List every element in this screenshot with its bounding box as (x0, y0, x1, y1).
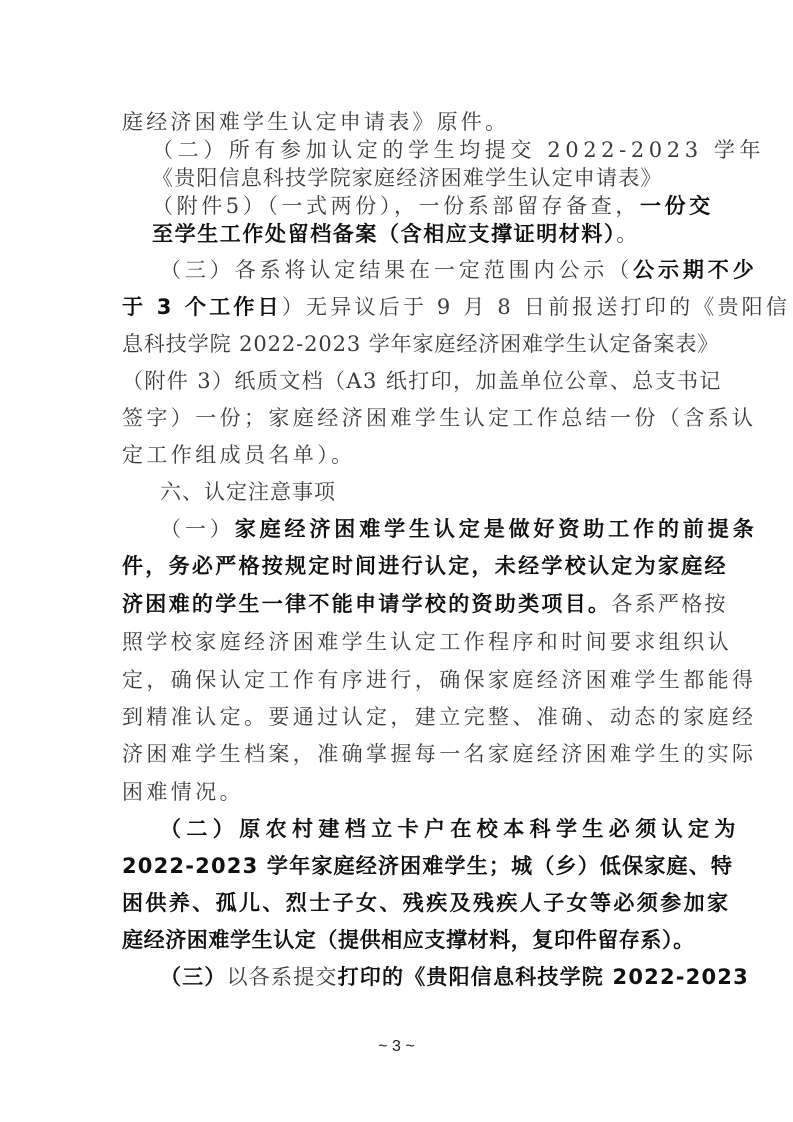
text-segment: （一） (160, 517, 235, 541)
paragraph-line: 困供养、孤儿、烈士子女、残疾及残疾人子女等必须参加家 (122, 889, 730, 917)
text-segment: 签字）一份；家庭经济困难学生认定工作总结一份（含系认 (122, 406, 756, 430)
paragraph-line: 息科技学院 2022-2023 学年家庭经济困难学生认定备案表》 (122, 330, 719, 358)
paragraph-line: 件，务必严格按规定时间进行认定，未经学校认定为家庭经 (122, 552, 728, 580)
text-segment: （附件 3）纸质文档（A3 纸打印，加盖单位公章、总支书记 (122, 369, 722, 393)
bold-text-segment: 困供养、孤儿、烈士子女、残疾及残疾人子女等必须参加家 (122, 891, 730, 915)
section-heading: 六、认定注意事项 (160, 478, 336, 506)
text-segment: 到精准认定。要通过认定，建立完整、准确、动态的家庭经 (122, 705, 756, 729)
paragraph-line: 庭经济困难学生认定（提供相应支撑材料，复印件留存系）。 (122, 926, 695, 954)
bold-text-segment: 至学生工作处留档备案（含相应支撑证明材料） (152, 222, 616, 246)
paragraph-line: 定工作组成员名单）。 (122, 441, 356, 469)
paragraph-line: （附件 3）纸质文档（A3 纸打印，加盖单位公章、总支书记 (122, 367, 722, 395)
bold-text-segment: （三） (160, 965, 227, 989)
text-segment: 各系严格按 (611, 592, 728, 616)
paragraph-line: 困难情况。 (122, 778, 244, 806)
text-segment: （附件5）（一式两份），一份系部留存备查， (152, 194, 640, 218)
text-segment: 照学校家庭经济困难学生认定工作程序和时间要求组织认 (122, 630, 732, 654)
bold-text-segment: 件，务必严格按规定时间进行认定，未经学校认定为家庭经 (122, 554, 728, 578)
paragraph-line: （一）家庭经济困难学生认定是做好资助工作的前提条 (160, 515, 758, 543)
paragraph-line: 签字）一份；家庭经济困难学生认定工作总结一份（含系认 (122, 404, 756, 432)
paragraph-line: 照学校家庭经济困难学生认定工作程序和时间要求组织认 (122, 628, 732, 656)
paragraph-line: 到精准认定。要通过认定，建立完整、准确、动态的家庭经 (122, 703, 756, 731)
paragraph-line: 至学生工作处留档备案（含相应支撑证明材料）。 (152, 220, 639, 248)
bold-text-segment: 公示期不少 (633, 258, 758, 282)
text-segment: （三）各系将认定结果在一定范围内公示（ (160, 258, 633, 282)
bold-text-segment: 家庭经济困难学生认定是做好资助工作的前提条 (235, 517, 758, 541)
text-segment: 《贵阳信息科技学院家庭经济困难学生认定申请表》 (152, 166, 663, 190)
text-segment: 。 (616, 222, 639, 246)
bold-text-segment: 庭经济困难学生认定（提供相应支撑材料，复印件留存系）。 (122, 928, 695, 952)
paragraph-line: 庭经济困难学生认定申请表》原件。 (122, 108, 509, 136)
text-segment: 定，确保认定工作有序进行，确保家庭经济困难学生都能得 (122, 668, 756, 692)
text-segment: 定工作组成员名单）。 (122, 443, 356, 467)
bold-text-segment: 济困难的学生一律不能申请学校的资助类项目。 (122, 592, 611, 616)
paragraph-line: 济困难的学生一律不能申请学校的资助类项目。各系严格按 (122, 590, 728, 618)
text-segment: 以各系提交 (227, 965, 338, 989)
paragraph-line: （三）各系将认定结果在一定范围内公示（公示期不少 (160, 256, 758, 284)
paragraph-line: （二）原农村建档立卡户在校本科学生必须认定为 (160, 815, 741, 843)
paragraph-line: 于 3 个工作日）无异议后于 9 月 8 日前报送打印的《贵阳信 (122, 293, 790, 321)
heading-text: 六、认定注意事项 (160, 480, 336, 504)
paragraph-line: 定，确保认定工作有序进行，确保家庭经济困难学生都能得 (122, 666, 756, 694)
bold-text-segment: （二）原农村建档立卡户在校本科学生必须认定为 (160, 817, 741, 841)
bold-text-segment: 2022-2023 学年家庭经济困难学生；城（乡）低保家庭、特 (122, 854, 733, 878)
bold-text-segment: 于 3 个工作日 (122, 295, 282, 319)
paragraph-line: （二）所有参加认定的学生均提交 2022-2023 学年 (152, 136, 765, 164)
paragraph-line: 2022-2023 学年家庭经济困难学生；城（乡）低保家庭、特 (122, 852, 733, 880)
text-segment: 庭经济困难学生认定申请表》原件。 (122, 110, 509, 134)
document-page: 庭经济困难学生认定申请表》原件。 （二）所有参加认定的学生均提交 2022-20… (0, 0, 793, 1122)
text-segment: 困难情况。 (122, 780, 244, 804)
paragraph-line: （附件5）（一式两份），一份系部留存备查，一份交 (152, 192, 714, 220)
page-number: ~ 3 ~ (0, 1038, 793, 1056)
bold-text-segment: 一份交 (640, 194, 714, 218)
text-segment: 息科技学院 2022-2023 学年家庭经济困难学生认定备案表》 (122, 332, 719, 356)
text-segment: （二）所有参加认定的学生均提交 2022-2023 学年 (152, 138, 765, 162)
text-segment: 济困难学生档案，准确掌握每一名家庭经济困难学生的实际 (122, 742, 756, 766)
paragraph-line: （三）以各系提交打印的《贵阳信息科技学院 2022-2023 (160, 963, 749, 991)
paragraph-line: 济困难学生档案，准确掌握每一名家庭经济困难学生的实际 (122, 740, 756, 768)
text-segment: ）无异议后于 9 月 8 日前报送打印的《贵阳信 (282, 295, 790, 319)
bold-text-segment: 打印的《贵阳信息科技学院 2022-2023 (338, 965, 749, 989)
paragraph-line: 《贵阳信息科技学院家庭经济困难学生认定申请表》 (152, 164, 663, 192)
